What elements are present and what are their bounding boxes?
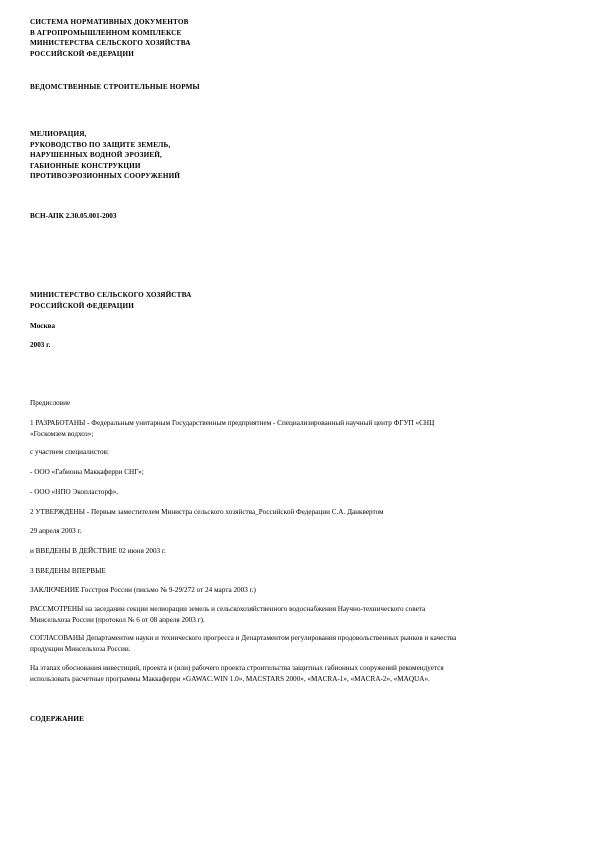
system-header-line: В АГРОПРОМЫШЛЕННОМ КОМПЛЕКСЕ bbox=[30, 28, 191, 39]
contents-heading: СОДЕРЖАНИЕ bbox=[30, 714, 84, 725]
effective-date: и ВВЕДЕНЫ В ДЕЙСТВИЕ 02 июня 2003 г. bbox=[30, 546, 166, 557]
approved-date: 29 апреля 2003 г. bbox=[30, 526, 82, 537]
publication-year: 2003 г. bbox=[30, 340, 50, 351]
system-header: СИСТЕМА НОРМАТИВНЫХ ДОКУМЕНТОВ В АГРОПРО… bbox=[30, 17, 191, 59]
title-line: МЕЛИОРАЦИЯ, bbox=[30, 129, 180, 140]
document-page: СИСТЕМА НОРМАТИВНЫХ ДОКУМЕНТОВ В АГРОПРО… bbox=[0, 0, 595, 842]
recommendation-line: На этапах обоснования инвестиций, проект… bbox=[30, 663, 575, 674]
publisher-line: РОССИЙСКОЙ ФЕДЕРАЦИИ bbox=[30, 301, 191, 312]
agreed-line: продукции Минсельхоза России. bbox=[30, 644, 575, 655]
system-header-line: РОССИЙСКОЙ ФЕДЕРАЦИИ bbox=[30, 49, 191, 60]
approved-text: 2 УТВЕРЖДЕНЫ - Первым заместителем Минис… bbox=[30, 507, 384, 518]
participation-text: с участием специалистов: bbox=[30, 447, 109, 458]
recommendation-paragraph: На этапах обоснования инвестиций, проект… bbox=[30, 663, 575, 684]
document-code: ВСН-АПК 2.30.05.001-2003 bbox=[30, 211, 117, 222]
document-title: МЕЛИОРАЦИЯ, РУКОВОДСТВО ПО ЗАЩИТЕ ЗЕМЕЛЬ… bbox=[30, 129, 180, 182]
conclusion-text: ЗАКЛЮЧЕНИЕ Госстроя России (письмо № 9-2… bbox=[30, 585, 256, 596]
title-line: ГАБИОННЫЕ КОНСТРУКЦИИ bbox=[30, 161, 180, 172]
publisher-line: МИНИСТЕРСТВО СЕЛЬСКОГО ХОЗЯЙСТВА bbox=[30, 290, 191, 301]
title-line: РУКОВОДСТВО ПО ЗАЩИТЕ ЗЕМЕЛЬ, bbox=[30, 140, 180, 151]
recommendation-line: использовать расчетные программы Маккафе… bbox=[30, 674, 575, 685]
developed-line: «Госкомзем водхоз»; bbox=[30, 429, 575, 440]
developed-line: 1 РАЗРАБОТАНЫ - Федеральным унитарным Го… bbox=[30, 418, 575, 429]
preface-heading: Предисловие bbox=[30, 398, 70, 409]
system-header-line: СИСТЕМА НОРМАТИВНЫХ ДОКУМЕНТОВ bbox=[30, 17, 191, 28]
reviewed-line: РАССМОТРЕНЫ на заседании секции мелиорац… bbox=[30, 604, 575, 615]
title-line: ПРОТИВОЭРОЗИОННЫХ СООРУЖЕНИЙ bbox=[30, 171, 180, 182]
reviewed-line: Минсельхоза России (протокол № 6 от 08 а… bbox=[30, 615, 575, 626]
publisher: МИНИСТЕРСТВО СЕЛЬСКОГО ХОЗЯЙСТВА РОССИЙС… bbox=[30, 290, 191, 311]
norm-type: ВЕДОМСТВЕННЫЕ СТРОИТЕЛЬНЫЕ НОРМЫ bbox=[30, 82, 200, 93]
publication-city: Москва bbox=[30, 321, 55, 332]
developed-paragraph: 1 РАЗРАБОТАНЫ - Федеральным унитарным Го… bbox=[30, 418, 575, 439]
organization-item: - ООО «НПО Экопласторф», bbox=[30, 487, 118, 498]
agreed-line: СОГЛАСОВАНЫ Департаментом науки и технич… bbox=[30, 633, 575, 644]
agreed-paragraph: СОГЛАСОВАНЫ Департаментом науки и технич… bbox=[30, 633, 575, 654]
introduced-text: 3 ВВЕДЕНЫ ВПЕРВЫЕ bbox=[30, 566, 106, 577]
system-header-line: МИНИСТЕРСТВА СЕЛЬСКОГО ХОЗЯЙСТВА bbox=[30, 38, 191, 49]
reviewed-paragraph: РАССМОТРЕНЫ на заседании секции мелиорац… bbox=[30, 604, 575, 625]
organization-item: - ООО «Габионы Маккаферри СНГ»; bbox=[30, 467, 144, 478]
title-line: НАРУШЕННЫХ ВОДНОЙ ЭРОЗИЕЙ, bbox=[30, 150, 180, 161]
